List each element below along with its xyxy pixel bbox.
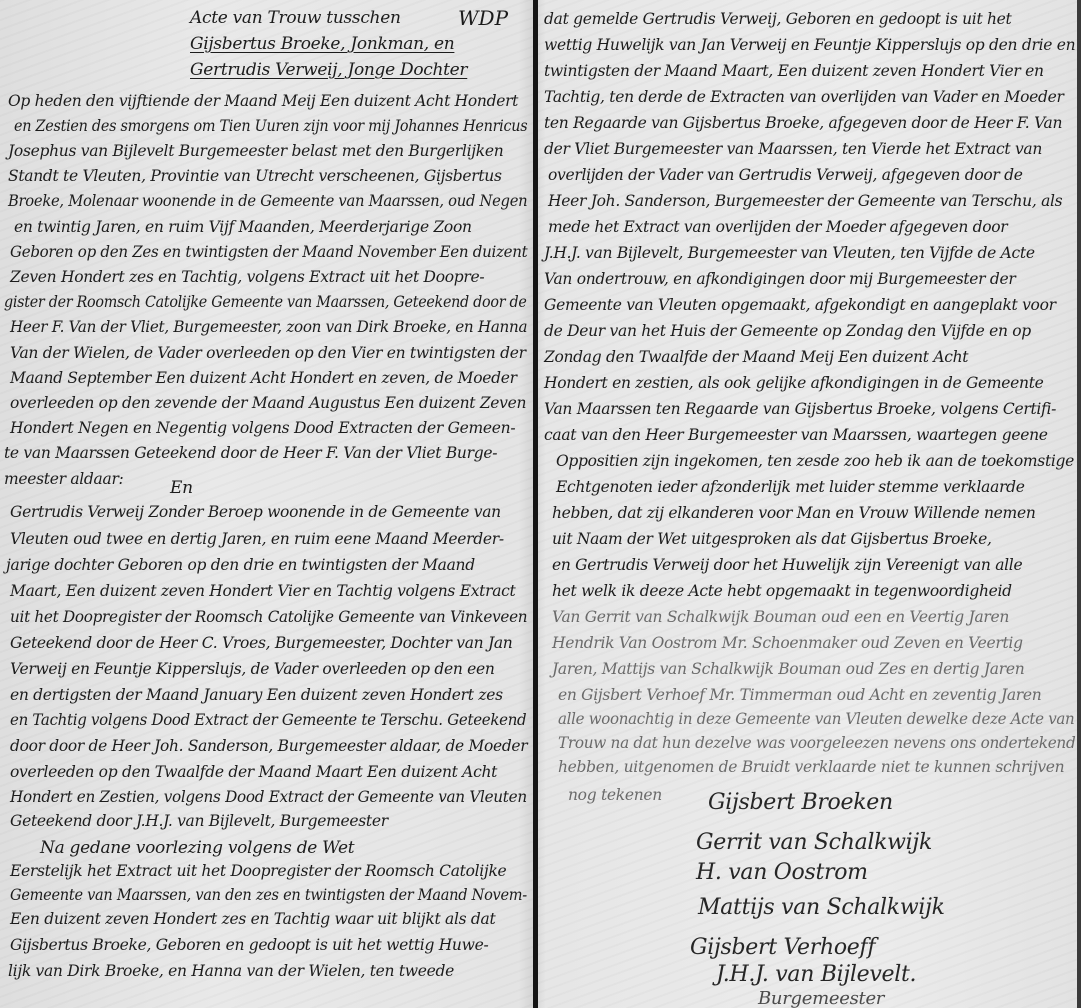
text-line: dat gemelde Gertrudis Verweij, Geboren e… [544, 10, 1011, 28]
text-line: Maart, Een duizent zeven Hondert Vier en… [10, 582, 515, 600]
text-line: gister der Roomsch Catolijke Gemeente va… [4, 293, 527, 311]
text-line: en dertigsten der Maand January Een duiz… [10, 686, 503, 704]
text-line: overleeden op den zevende der Maand Augu… [10, 394, 526, 412]
text-line: meester aldaar: [4, 470, 123, 488]
scan-edge [1077, 0, 1081, 1008]
text-line: hebben, dat zij elkanderen voor Man en V… [552, 504, 1036, 522]
text-line: Van Maarssen ten Regaarde van Gijsbertus… [544, 400, 1056, 418]
text-line: Gertrudis Verweij Zonder Beroep woonende… [10, 503, 501, 521]
text-line: caat van den Heer Burgemeester van Maars… [544, 426, 1048, 444]
reference-mark: WDP [458, 6, 508, 30]
text-line: Zeven Hondert zes en Tachtig, volgens Ex… [10, 268, 484, 286]
signature-groom: Gijsbert Broeken [708, 790, 893, 815]
record-title: Acte van Trouw tusschen [190, 8, 401, 28]
text-line: Eerstelijk het Extract uit het Doopregis… [10, 862, 506, 880]
right-page: dat gemelde Gertrudis Verweij, Geboren e… [538, 0, 1081, 1008]
text-line: Van ondertrouw, en afkondigingen door mi… [544, 270, 1016, 288]
text-line: Hondert en Zestien, volgens Dood Extract… [10, 788, 527, 806]
text-line: Op heden den vijftiende der Maand Meij E… [8, 92, 518, 110]
text-line: Josephus van Bijlevelt Burgemeester bela… [8, 142, 503, 160]
text-line: jarige dochter Geboren op den drie en tw… [6, 556, 475, 574]
text-line: alle woonachtig in deze Gemeente van Vle… [558, 710, 1074, 728]
text-line: Hondert Negen en Negentig volgens Dood E… [10, 419, 515, 437]
text-line: Maand September Een duizent Acht Hondert… [10, 369, 517, 387]
groom-heading: Gijsbertus Broeke, Jonkman, en [190, 34, 454, 54]
text-line: te van Maarssen Geteekend door de Heer F… [4, 444, 497, 462]
signature-witness: Gerrit van Schalkwijk [696, 830, 932, 855]
text-line: Gijsbertus Broeke, Geboren en gedoopt is… [10, 936, 488, 954]
text-line: Geboren op den Zes en twintigsten der Ma… [10, 243, 527, 261]
text-line: ten Regaarde van Gijsbertus Broeke, afge… [544, 114, 1062, 132]
text-line: de Deur van het Huis der Gemeente op Zon… [544, 322, 1031, 340]
text-line: en twintig Jaren, en ruim Vijf Maanden, … [14, 218, 472, 236]
scanned-document: Acte van Trouw tusschen WDP Gijsbertus B… [0, 0, 1081, 1008]
text-line: twintigsten der Maand Maart, Een duizent… [544, 62, 1044, 80]
text-line: door door de Heer Joh. Sanderson, Burgem… [10, 737, 527, 755]
text-line: nog tekenen [568, 786, 662, 804]
text-line: en Zestien des smorgens om Tien Uuren zi… [14, 117, 527, 135]
text-line: Tachtig, ten derde de Extracten van over… [544, 88, 1064, 106]
text-line: Geteekend door J.H.J. van Bijlevelt, Bur… [10, 812, 388, 830]
witness-line: en Gijsbert Verhoef Mr. Timmerman oud Ac… [558, 686, 1041, 704]
text-line: der Vliet Burgemeester van Maarssen, ten… [544, 140, 1042, 158]
text-line: Echtgenoten ieder afzonderlijk met luide… [556, 478, 1025, 496]
text-line: hebben, uitgenomen de Bruidt verklaarde … [558, 758, 1064, 776]
text-line: uit Naam der Wet uitgesproken als dat Gi… [552, 530, 992, 548]
text-line: Vleuten oud twee en dertig Jaren, en rui… [10, 530, 504, 548]
signature-witness: Mattijs van Schalkwijk [698, 895, 945, 920]
signature-witness: Gijsbert Verhoeff [690, 935, 875, 960]
text-line: uit het Doopregister der Roomsch Catolij… [10, 608, 527, 626]
text-line: en Tachtig volgens Dood Extract der Geme… [10, 711, 526, 729]
reading-heading: Na gedane voorlezing volgens de Wet [40, 838, 354, 858]
text-line: lijk van Dirk Broeke, en Hanna van der W… [8, 962, 454, 980]
text-line: en Gertrudis Verweij door het Huwelijk z… [552, 556, 1022, 574]
text-line: overleeden op den Twaalfde der Maand Maa… [10, 763, 497, 781]
bride-heading: Gertrudis Verweij, Jonge Dochter [190, 60, 467, 80]
text-line: Oppositien zijn ingekomen, ten zesde zoo… [556, 452, 1074, 470]
text-line: Gemeente van Maarssen, van den zes en tw… [10, 886, 527, 904]
text-line: Een duizent zeven Hondert zes en Tachtig… [10, 910, 495, 928]
witness-line: Jaren, Mattijs van Schalkwijk Bouman oud… [552, 660, 1024, 678]
text-line: het welk ik deeze Acte hebt opgemaakt in… [552, 582, 1012, 600]
witness-line: Van Gerrit van Schalkwijk Bouman oud een… [552, 608, 1009, 626]
text-line: Broeke, Molenaar woonende in de Gemeente… [8, 192, 527, 210]
and-connector: En [170, 478, 193, 498]
text-line: Gemeente van Vleuten opgemaakt, afgekond… [544, 296, 1056, 314]
text-line: Heer F. Van der Vliet, Burgemeester, zoo… [10, 318, 527, 336]
text-line: Verweij en Feuntje Kipperslujs, de Vader… [10, 660, 495, 678]
text-line: Hondert en zestien, als ook gelijke afko… [544, 374, 1044, 392]
text-line: J.H.J. van Bijlevelt, Burgemeester van V… [544, 244, 1035, 262]
text-line: overlijden der Vader van Gertrudis Verwe… [548, 166, 1023, 184]
witness-line: Hendrik Van Oostrom Mr. Schoenmaker oud … [552, 634, 1023, 652]
mayor-title: Burgemeester [758, 988, 884, 1008]
text-line: Van der Wielen, de Vader overleeden op d… [10, 344, 526, 362]
text-line: wettig Huwelijk van Jan Verweij en Feunt… [544, 36, 1075, 54]
text-line: Zondag den Twaalfde der Maand Meij Een d… [544, 348, 968, 366]
text-line: Trouw na dat hun dezelve was voorgeleeze… [558, 734, 1075, 752]
text-line: mede het Extract van overlijden der Moed… [548, 218, 1007, 236]
text-line: Standt te Vleuten, Provintie van Utrecht… [8, 167, 502, 185]
signature-witness: H. van Oostrom [696, 860, 868, 885]
text-line: Heer Joh. Sanderson, Burgemeester der Ge… [548, 192, 1062, 210]
text-line: Geteekend door de Heer C. Vroes, Burgeme… [10, 634, 513, 652]
left-page: Acte van Trouw tusschen WDP Gijsbertus B… [0, 0, 533, 1008]
signature-mayor: J.H.J. van Bijlevelt. [716, 962, 916, 987]
